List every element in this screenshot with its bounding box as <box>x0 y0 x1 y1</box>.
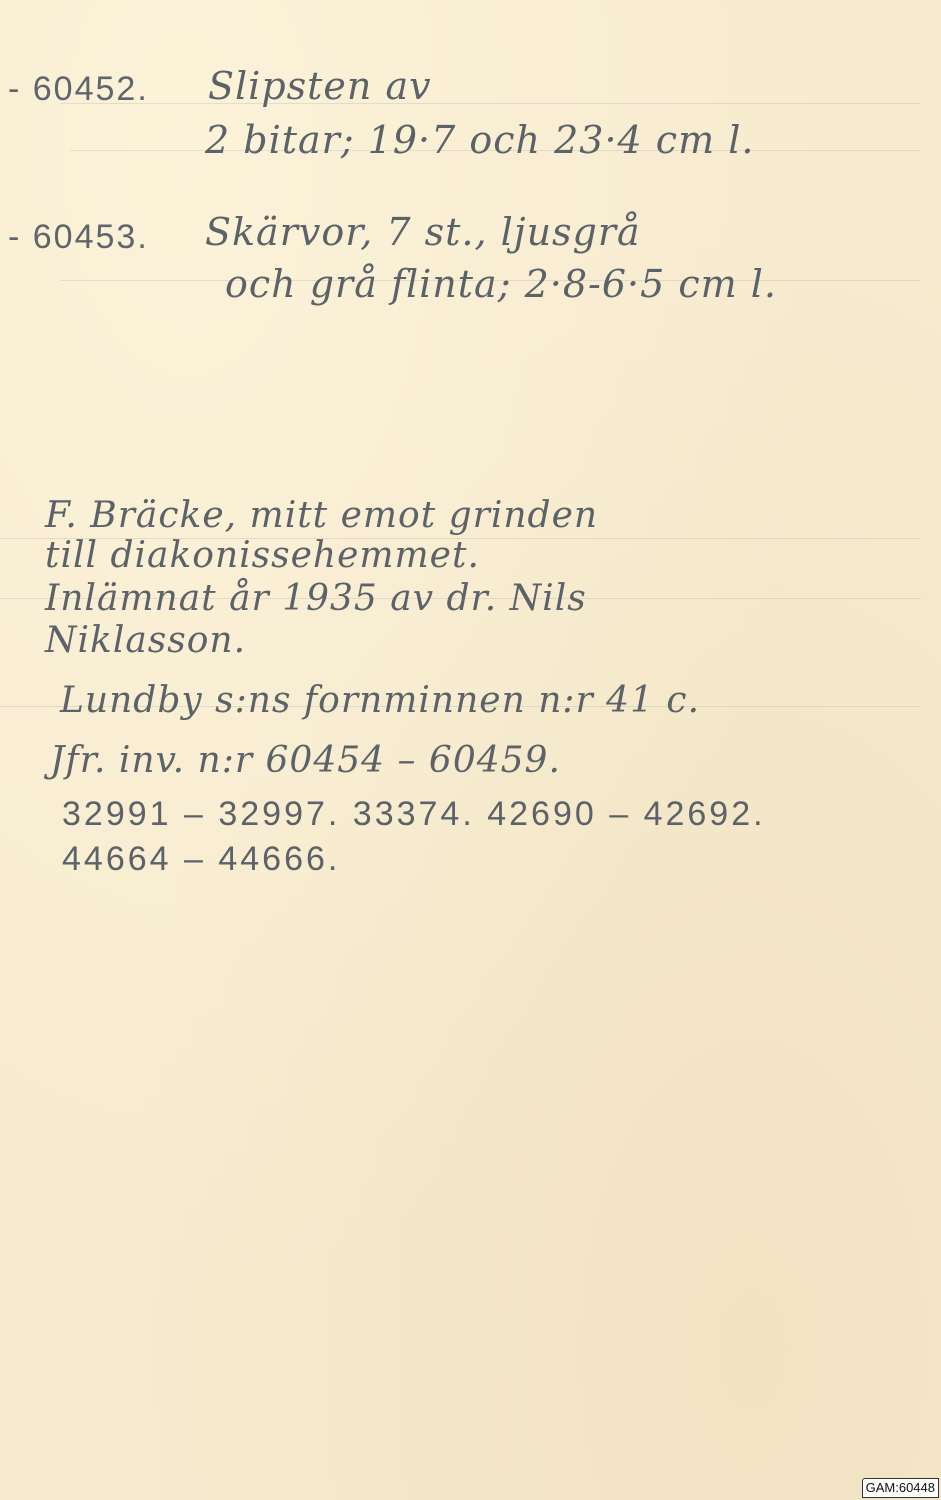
reference-line: 44664 – 44666. <box>62 840 340 879</box>
reference-line: 32991 – 32997. 33374. 42690 – 42692. <box>62 795 766 834</box>
entry-description-line2: och grå flinta; 2·8-6·5 cm l. <box>225 262 777 306</box>
catalog-id-label: GAM:60448 <box>862 1478 939 1498</box>
entry-description-line1: Skärvor, 7 st., ljusgrå <box>205 210 641 254</box>
find-note-line: Niklasson. <box>45 620 246 661</box>
find-note-line: Inlämnat år 1935 av dr. Nils <box>45 578 587 619</box>
reference-line: Lundby s:ns fornminnen n:r 41 c. <box>60 680 700 721</box>
entry-number: - 60452. <box>8 70 149 109</box>
reference-line: Jfr. inv. n:r 60454 – 60459. <box>50 740 561 781</box>
ruled-line <box>60 103 921 104</box>
entry-description-line2: 2 bitar; 19·7 och 23·4 cm l. <box>205 118 754 162</box>
find-note-line: F. Bräcke, mitt emot grinden <box>45 495 598 536</box>
entry-description-line1: Slipsten av <box>208 64 432 108</box>
find-note-line: till diakonissehemmet. <box>45 535 480 576</box>
entry-number: - 60453. <box>8 218 149 257</box>
